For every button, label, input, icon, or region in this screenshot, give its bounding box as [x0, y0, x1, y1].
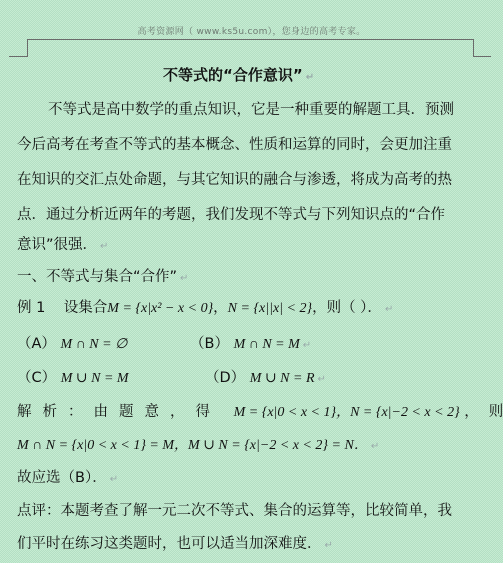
- option-a: （A） M ∩ N = ∅: [17, 332, 127, 353]
- header-border-left-drop: [27, 39, 28, 56]
- set-n-expression: N = {x||x| < 2}: [228, 301, 312, 316]
- paragraph-mark-icon: ↵: [306, 72, 314, 83]
- title-text: 不等式的“合作意识”: [163, 66, 303, 84]
- solution-then: ，则: [464, 404, 503, 420]
- section-heading: 一、不等式与集合“合作”↵: [17, 265, 188, 286]
- option-d-label: （D）: [205, 370, 245, 386]
- comment-line-2-text: 们平时在练习这类题时，也可以适当加深难度．: [17, 536, 322, 552]
- option-a-expression: M ∩ N = ∅: [61, 337, 128, 352]
- option-c-label: （C）: [17, 370, 56, 386]
- paragraph-mark-icon: ↵: [110, 474, 118, 485]
- paragraph-mark-icon: ↵: [385, 304, 393, 315]
- intro-line-4: 点．通过分析近两年的考题，我们发现不等式与下列知识点的“合作: [17, 203, 445, 224]
- intro-line-2: 今后高考在考查不等式的基本概念、性质和运算的同时，会更加注重: [17, 133, 452, 154]
- option-c: （C） M ∪ N = M: [17, 366, 129, 387]
- option-b-expression: M ∩ N = M: [234, 337, 300, 352]
- intro-line-5-text: 意识”很强．: [17, 237, 97, 253]
- paragraph-mark-icon: ↵: [303, 340, 311, 351]
- example-prompt: 设集合: [64, 300, 108, 316]
- header-border-right-drop: [473, 39, 474, 56]
- solution-line-1: 解析：由题意，得 M = {x|0 < x < 1}，N = {x|−2 < x…: [17, 400, 503, 421]
- solution-line-2: M ∩ N = {x|0 < x < 1} = M，M ∪ N = {x|−2 …: [17, 434, 379, 454]
- option-c-expression: M ∪ N = M: [61, 371, 129, 386]
- document-title: 不等式的“合作意识”↵: [163, 64, 314, 85]
- option-b: （B） M ∩ N = M↵: [190, 332, 311, 353]
- header-border-left-stub: [9, 56, 28, 57]
- solution-expression-1: M = {x|0 < x < 1}，N = {x|−2 < x < 2}: [234, 405, 460, 420]
- option-b-label: （B）: [190, 336, 229, 352]
- paragraph-mark-icon: ↵: [371, 441, 379, 452]
- paragraph-mark-icon: ↵: [318, 374, 326, 385]
- comment-line-2: 们平时在练习这类题时，也可以适当加深难度．↵: [17, 532, 333, 553]
- option-d-expression: M ∪ N = R: [250, 371, 315, 386]
- example-1-question: 例 1 设集合M = {x|x² − x < 0}，N = {x||x| < 2…: [17, 296, 393, 317]
- paragraph-mark-icon: ↵: [325, 540, 333, 551]
- answer-line: 故应选（B）．↵: [17, 466, 118, 487]
- header-border-right-stub: [473, 56, 491, 57]
- example-label: 例 1: [17, 300, 45, 316]
- intro-line-5: 意识”很强．↵: [17, 233, 108, 254]
- comment-line-1: 点评：本题考查了解一元二次不等式、集合的运算等，比较简单，我: [17, 499, 452, 520]
- option-d: （D） M ∪ N = R↵: [205, 366, 326, 387]
- option-a-label: （A）: [17, 336, 56, 352]
- page-header-text: 高考资源网（ www.ks5u.com），您身边的高考专家。: [0, 24, 503, 37]
- header-border-top: [27, 39, 474, 40]
- solution-label: 解析：由题意，得: [17, 404, 221, 420]
- answer-text: 故应选（B）．: [17, 470, 107, 486]
- set-m-expression: M = {x|x² − x < 0}: [107, 301, 213, 316]
- section-heading-text: 一、不等式与集合“合作”: [17, 269, 177, 285]
- example-suffix: ，则（ ）．: [312, 300, 382, 316]
- intro-line-1: 不等式是高中数学的重点知识，它是一种重要的解题工具．预测: [48, 98, 454, 119]
- solution-expression-2: M ∩ N = {x|0 < x < 1} = M，M ∪ N = {x|−2 …: [17, 438, 368, 453]
- paragraph-mark-icon: ↵: [180, 273, 188, 284]
- paragraph-mark-icon: ↵: [100, 241, 108, 252]
- intro-line-3: 在知识的交汇点处命题，与其它知识的融合与渗透，将成为高考的热: [17, 168, 452, 189]
